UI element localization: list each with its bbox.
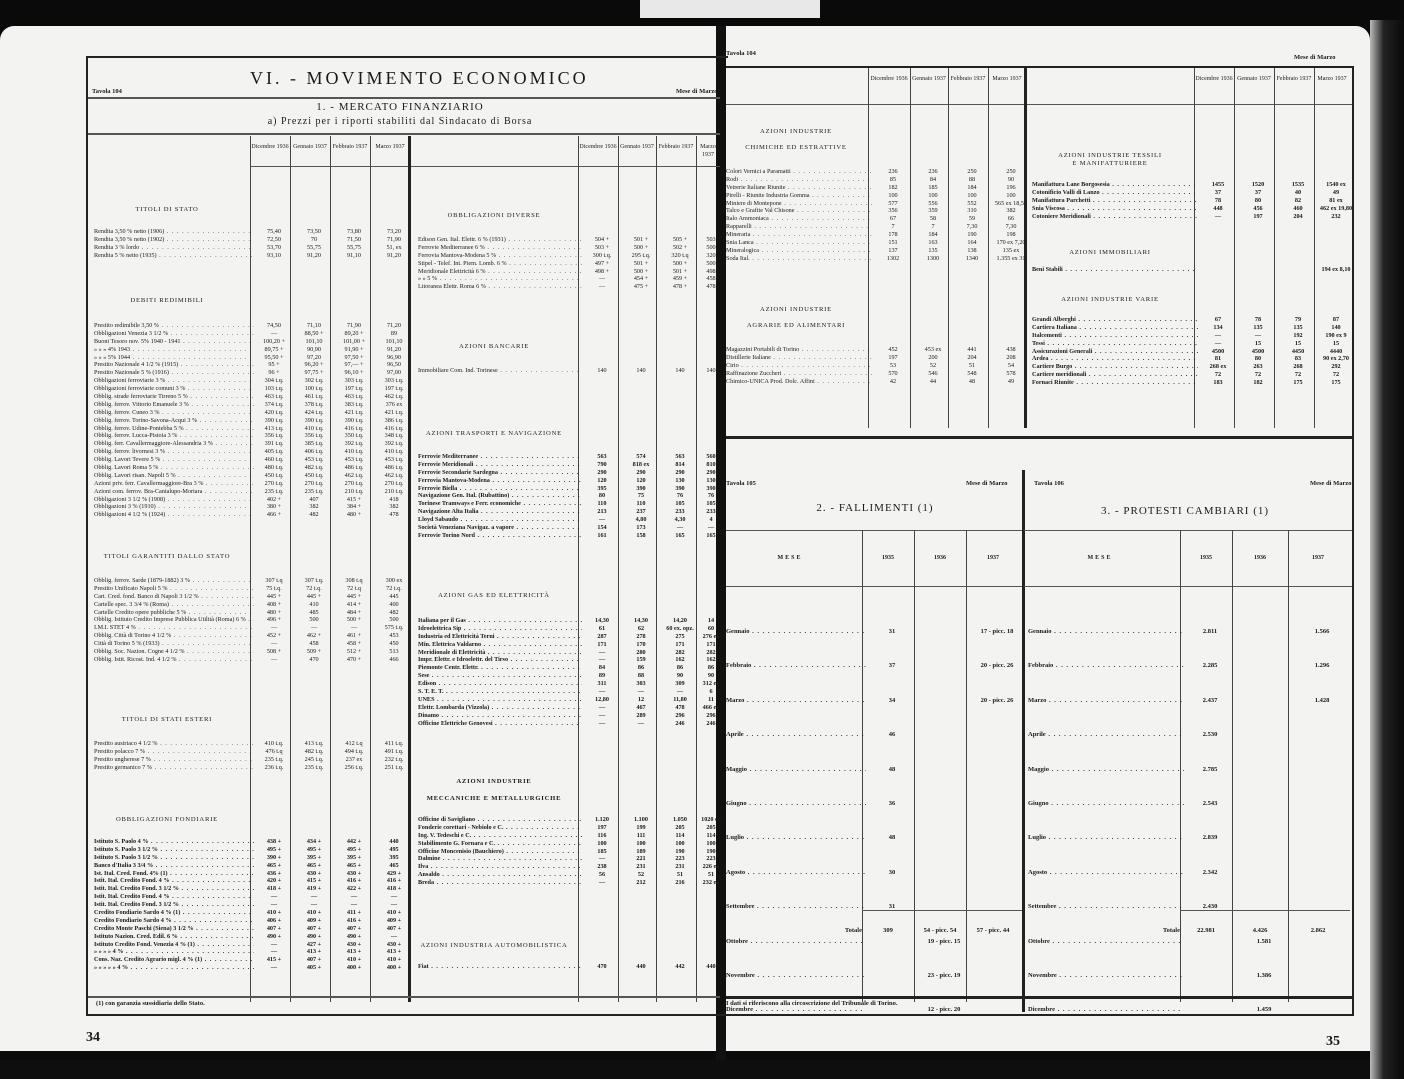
cell-value: 101,00 + xyxy=(334,338,374,346)
cell-value xyxy=(1236,615,1292,649)
row-label: Grandi Alberghi xyxy=(1032,316,1198,324)
cell-value: 46 xyxy=(866,718,918,752)
table-row: Obblig. ferrov. livornesi 3 %405 t.q.406… xyxy=(94,448,414,456)
table-row: Raffinazione Zuccheri570546548578 xyxy=(726,370,1030,378)
cell-value: 71,90 xyxy=(334,322,374,330)
cell-value: 97,20 xyxy=(294,354,334,362)
cell-value: 114 xyxy=(660,832,700,840)
cell-value: 73,50 xyxy=(294,228,334,236)
cell-value: 137 xyxy=(872,247,914,255)
table-row: Giugno36 xyxy=(726,787,1024,821)
cell-value: 4440 xyxy=(1318,348,1354,356)
cell-value: 61 xyxy=(582,625,622,633)
row-label: Officine di Savigliano xyxy=(418,816,582,824)
cell-value: 268 xyxy=(1278,363,1318,371)
row-label: Giugno xyxy=(726,787,866,821)
cell-value: 86 xyxy=(700,664,722,672)
cell-value: 415 + xyxy=(294,877,334,885)
cell-value: 158 xyxy=(622,532,660,540)
table-row: Obblig. ferrov. Torino-Savona-Acqui 3 %3… xyxy=(94,417,414,425)
cell-value: 101,10 xyxy=(294,338,334,346)
cell-value: 15 xyxy=(1318,340,1354,348)
cell-value: 390 xyxy=(660,485,700,493)
cell-value: 453 xyxy=(374,632,414,640)
cell-value: — xyxy=(582,516,622,524)
cell-value: 470 xyxy=(582,963,622,971)
page-top-background xyxy=(640,0,820,18)
cell-value: 189 xyxy=(622,848,660,856)
table-row: Giugno2.543 xyxy=(1028,787,1352,821)
cell-value: 303 t.q. xyxy=(374,377,414,385)
cell-value xyxy=(970,753,1024,787)
cell-value: 2.437 xyxy=(1184,684,1236,718)
cell-value: 165 xyxy=(700,532,722,540)
table-row: Prestito austriaco 4 1/2 %410 t.q.413 t.… xyxy=(94,740,414,748)
category-obbligazioni-fondiarie: OBBLIGAZIONI FONDIARIE xyxy=(92,816,242,823)
cell-value: 570 xyxy=(872,370,914,378)
cell-value: 96 + xyxy=(254,369,294,377)
row-label: Maggio xyxy=(726,753,866,787)
cell-value: 410 xyxy=(294,601,334,609)
row-label: Azioni com. ferrov. Bra-Cantalupo-Mortar… xyxy=(94,488,254,496)
table-row: Ist. Ital. Cred. Fond. 4% (1)436 +430 +4… xyxy=(94,870,414,878)
table-row: Italo Ammoniaca67585966 xyxy=(726,215,1030,223)
cell-value: 223 xyxy=(700,855,722,863)
table-row: Rendita 3,50 % netto (1906)75,4073,5073,… xyxy=(94,228,414,236)
cell-value: — xyxy=(582,855,622,863)
cell-value: — xyxy=(374,901,414,909)
row-label: Istituto S. Paolo 3 1/2 % xyxy=(94,846,254,854)
table-row: Istit. Ital. Credito Fond. 3 1/2 %418 +4… xyxy=(94,885,414,893)
cell-value: 6 xyxy=(700,688,722,696)
cell-value xyxy=(970,787,1024,821)
table-row: Torinese Tramways e Ferr. economiche1101… xyxy=(418,500,722,508)
table-row: Novembre1.386 xyxy=(1028,959,1352,993)
cell-value: 320 xyxy=(700,252,722,260)
cell-value xyxy=(866,959,918,993)
cell-value: 135 xyxy=(1238,324,1278,332)
cell-value: 237 ex xyxy=(334,756,374,764)
cell-value: 395 xyxy=(582,485,622,493)
cell-value: 292 xyxy=(1318,363,1354,371)
table-row: Chimico-UNICA Prod. Dolc. Affini42444849 xyxy=(726,378,1030,386)
cell-value: 400 + xyxy=(334,964,374,972)
col-header-marzo: Marzo 1937 xyxy=(988,76,1026,84)
row-label: Miniere di Montepone xyxy=(726,200,872,208)
cell-value: 415 + xyxy=(334,496,374,504)
cell-value: 197 t.q. xyxy=(334,385,374,393)
cell-value: 407 xyxy=(294,496,334,504)
cell-value: 97,00 xyxy=(374,369,414,377)
category-immobiliari: AZIONI IMMOBILIARI xyxy=(1030,249,1190,256)
cell-value: 116 xyxy=(582,832,622,840)
cell-value xyxy=(970,821,1024,855)
cell-value: 382 xyxy=(374,503,414,511)
cell-value: 54 xyxy=(992,362,1030,370)
mese-label: Mese di Marzo xyxy=(1310,480,1352,487)
cell-value: 170 ex 7,20 xyxy=(992,239,1030,247)
cell-value: 111 xyxy=(622,832,660,840)
col-header-gennaio: Gennaio 1937 xyxy=(618,144,656,152)
cell-value: 87 xyxy=(1318,316,1354,324)
row-label: Obblig. Città di Torino 4 1/2 % xyxy=(94,632,254,640)
cell-value: 441 xyxy=(952,346,992,354)
cell-value: 204 xyxy=(1278,213,1318,221)
cell-value: — xyxy=(254,624,294,632)
cell-value: 418 + xyxy=(374,885,414,893)
cell-value: 170 xyxy=(622,641,660,649)
cell-value: 386 t.q. xyxy=(374,417,414,425)
cell-value xyxy=(1292,959,1352,993)
cell-value: 500 + xyxy=(660,260,700,268)
cell-value: — xyxy=(1198,332,1238,340)
cell-value: 4.426 xyxy=(1232,914,1288,948)
cell-value: 395 + xyxy=(294,854,334,862)
cell-value: 250 xyxy=(992,168,1030,176)
cell-value: 395 + xyxy=(334,854,374,862)
row-label: Maggio xyxy=(1028,753,1184,787)
cell-value xyxy=(970,718,1024,752)
cell-value: 270 t.q. xyxy=(254,480,294,488)
cell-value: 1.120 xyxy=(582,816,622,824)
row-label: Cartiera Italiana xyxy=(1032,324,1198,332)
row-label: Cart. Cred. fond. Banco di Napoli 3 1/2 … xyxy=(94,593,254,601)
table-row: Snia Viscosa448456460462 ex 19,80 xyxy=(1032,205,1354,213)
col-header-febbraio: Febbraio 1937 xyxy=(330,144,370,152)
divider xyxy=(726,530,1022,531)
cell-value: 429 + xyxy=(374,870,414,878)
cell-value: 1.100 xyxy=(622,816,660,824)
row-label: Febbraio xyxy=(1028,649,1184,683)
cell-value: 237 xyxy=(622,508,660,516)
cell-value: 97,— + xyxy=(334,361,374,369)
row-label: Min. Elettrica Valdarno xyxy=(418,641,582,649)
cell-value: 391 t.q. xyxy=(254,440,294,448)
cell-value: 282 xyxy=(660,649,700,657)
row-label: Cirio xyxy=(726,362,872,370)
cell-value: — xyxy=(660,524,700,532)
cell-value: 40 xyxy=(1278,189,1318,197)
row-label: Snia Viscosa xyxy=(1032,205,1198,213)
table-row: Cotonificio Valli di Lanzo37374049 xyxy=(1032,189,1354,197)
cell-value: 197 xyxy=(872,354,914,362)
row-label: Manifattura Parchetti xyxy=(1032,197,1198,205)
table-row: Obbligazioni 3 % (1910)380 +382384 +382 xyxy=(94,503,414,511)
cell-value: 320 t.q xyxy=(660,252,700,260)
cell-value: 500 + xyxy=(334,616,374,624)
row-label: Tessi xyxy=(1032,340,1198,348)
table-row: Fonderie corettari - Nebiolo e C.1971992… xyxy=(418,824,722,832)
row-label: » » » » » 4 % xyxy=(94,964,254,972)
row-label: Immobiliare Com. Ind. Torinese xyxy=(418,367,582,375)
row-label: Ist. Ital. Cred. Fond. 4% (1) xyxy=(94,870,254,878)
cell-value: 236 xyxy=(914,168,952,176)
cell-value: 412 t.q xyxy=(334,740,374,748)
col-header-1937: 1937 xyxy=(966,555,1020,563)
row-label: Obblig. ferrov. Cuneo 3 % xyxy=(94,409,254,417)
mese-label: Mese di Marzo xyxy=(1294,54,1336,61)
cell-value: 494 t.q. xyxy=(334,748,374,756)
row-label: Prestito austriaco 4 1/2 % xyxy=(94,740,254,748)
row-label: Azioni priv. ferr. Cavallermaggiore-Bra … xyxy=(94,480,254,488)
col-header-1935: 1935 xyxy=(1180,555,1232,563)
cell-value: — xyxy=(660,688,700,696)
cell-value: 23 - picc. 19 xyxy=(918,959,970,993)
cell-value: 500 + xyxy=(622,268,660,276)
table-row: Istituto Nazion. Cred. Edil. 6 %490 +490… xyxy=(94,933,414,941)
table-row: Immobiliare Com. Ind. Torinese1401401401… xyxy=(418,367,722,375)
table-row: Breda—212216232 ex xyxy=(418,879,722,887)
cell-value: 406 t.q. xyxy=(294,448,334,456)
category-azioni-trasporti: AZIONI TRASPORTI E NAVIGAZIONE xyxy=(414,430,574,437)
cell-value: 424 t.q. xyxy=(294,409,334,417)
table-row: Gennaio2.8111.566 xyxy=(1028,615,1352,649)
cell-value: 563 xyxy=(582,453,622,461)
col-header-febbraio: Febbraio 1937 xyxy=(1274,76,1314,84)
cell-value: 7,30 xyxy=(952,223,992,231)
page-number-right: 35 xyxy=(1326,1034,1340,1050)
category-tessili: AZIONI INDUSTRIE TESSILI xyxy=(1030,152,1190,159)
row-label: Gennaio xyxy=(1028,615,1184,649)
table-row: Obbligazioni 3 1/2 % (1908)402 +407415 +… xyxy=(94,496,414,504)
row-label: Obblig. ferrov. livornesi 3 % xyxy=(94,448,254,456)
cell-value: 2.811 xyxy=(1184,615,1236,649)
cell-value: 478 xyxy=(660,704,700,712)
row-label: » » » 5% 1944 xyxy=(94,354,254,362)
cell-value: 418 + xyxy=(254,885,294,893)
cell-value: 390 xyxy=(622,485,660,493)
cell-value: 392 t.q. xyxy=(374,440,414,448)
row-label: Istituto S. Paolo 4 % xyxy=(94,838,254,846)
cell-value: 500 + xyxy=(622,244,660,252)
mese-label: Mese di Marzo xyxy=(966,480,1008,487)
cell-value: 190 ex 9 xyxy=(1318,332,1354,340)
cell-value: 100 xyxy=(914,192,952,200)
cell-value: 130 xyxy=(700,477,722,485)
table-row: » » » 4% 194389,75 +90,9091,90 +91,20 xyxy=(94,346,414,354)
table-row: Credito Fondiario Sardo 4 % (1)410 +410 … xyxy=(94,909,414,917)
cell-value: — xyxy=(374,933,414,941)
cell-value: 440 xyxy=(622,963,660,971)
row-label: Obblig. strade ferroviarie Tirreno 5 % xyxy=(94,393,254,401)
row-label: Banco d'Italia 3 3/4 % xyxy=(94,862,254,870)
row-label: Cotonificio Valli di Lanzo xyxy=(1032,189,1198,197)
row-label: Obblig. Soc. Nazion. Cogne 4 1/2 % xyxy=(94,648,254,656)
cell-value: 14,20 xyxy=(660,617,700,625)
cell-value: 62 xyxy=(622,625,660,633)
row-label: Vetrerie Italiane Riunite xyxy=(726,184,872,192)
table-row: Officine Moncenisio (Bauchiero)185189190… xyxy=(418,848,722,856)
row-label: Obbligazioni 3 % (1910) xyxy=(94,503,254,511)
col-header-marzo: Marzo 1937 xyxy=(370,144,410,152)
cell-value: — xyxy=(582,712,622,720)
cell-value: 1020 ex xyxy=(700,816,722,824)
cell-value: 70 xyxy=(294,236,334,244)
cell-value: 37 xyxy=(866,649,918,683)
cell-value: 434 + xyxy=(294,838,334,846)
cell-value: 467 xyxy=(622,704,660,712)
row-label: Manifattura Lane Borgosesia xyxy=(1032,181,1198,189)
cell-value xyxy=(1292,821,1352,855)
cell-value: 100 xyxy=(952,192,992,200)
cell-value: 2.862 xyxy=(1288,914,1348,948)
cell-value: 110 xyxy=(622,500,660,508)
row-label: Obblig. ferrov. Vittorio Emanuele 3 % xyxy=(94,401,254,409)
cell-value: 420 + xyxy=(254,877,294,885)
cell-value: 482 xyxy=(374,609,414,617)
cell-value: 289 xyxy=(622,712,660,720)
row-label: Obblig. ferrov. Sarde (1879-1882) 3 % xyxy=(94,577,254,585)
row-label: Prestito Nazionale 4 1/2 % (1915) xyxy=(94,361,254,369)
cell-value: 221 xyxy=(622,855,660,863)
row-label: Totale xyxy=(1028,914,1180,948)
category-varie: AZIONI INDUSTRIE VARIE xyxy=(1030,296,1190,303)
cell-value: 49 xyxy=(1318,189,1354,197)
cell-value: 12 xyxy=(622,696,660,704)
cell-value: 162 xyxy=(660,656,700,664)
cell-value: 208 xyxy=(992,354,1030,362)
cell-value: — xyxy=(294,624,334,632)
cell-value: 416 + xyxy=(334,877,374,885)
cell-value: 453 ex xyxy=(914,346,952,354)
table-row: Ferrovie Meridionali790818 ex814810 xyxy=(418,461,722,469)
cell-value: 430 + xyxy=(374,941,414,949)
cell-value: 210 t.q. xyxy=(334,488,374,496)
cell-value: 52 xyxy=(914,362,952,370)
tavola-label: Tavola 104 xyxy=(726,50,756,57)
cell-value: 382 xyxy=(992,207,1030,215)
cell-value: 105 xyxy=(660,500,700,508)
cell-value: 4500 xyxy=(1198,348,1238,356)
cell-value: 238 xyxy=(582,863,622,871)
cell-value: 513 xyxy=(374,648,414,656)
cell-value: 501 + xyxy=(660,268,700,276)
cell-value: 185 xyxy=(914,184,952,192)
cell-value xyxy=(1238,266,1278,274)
bottom-shadow xyxy=(0,1060,1404,1079)
divider xyxy=(250,166,720,167)
cell-value: 413 t.q. xyxy=(254,425,294,433)
cell-value xyxy=(918,615,970,649)
table-row: Obblig. ferrov. Lucca-Pistoia 3 %356 t.q… xyxy=(94,432,414,440)
col-header-1937: 1937 xyxy=(1288,555,1348,563)
cell-value: 290 xyxy=(700,469,722,477)
cell-value: 421 t.q. xyxy=(334,409,374,417)
table-row: Obblig. ferrov. Cuneo 3 %420 t.q.424 t.q… xyxy=(94,409,414,417)
row-label: Lloyd Sabaudo xyxy=(418,516,582,524)
cell-value: 57 - picc. 44 xyxy=(966,914,1020,948)
cell-value: 400 + xyxy=(374,964,414,972)
table-row: Novembre23 - picc. 19 xyxy=(726,959,1024,993)
cell-value: — xyxy=(622,688,660,696)
row-label: Rendita 5 % netto (1935) xyxy=(94,252,254,260)
cell-value: 490 + xyxy=(334,933,374,941)
cell-value: 390 + xyxy=(254,854,294,862)
cell-value: 60 xyxy=(700,625,722,633)
table-row: Obblig. Lavori Roma 5 %480 t.q.482 t.q.4… xyxy=(94,464,414,472)
cell-value: 1520 xyxy=(1238,181,1278,189)
table-row: Assicurazioni Generali4500450044504440 xyxy=(1032,348,1354,356)
table-immobiliari: Beni Stabili194 ex 8,10 xyxy=(1032,266,1354,274)
table-protesti: Gennaio2.8111.566Febbraio2.2851.296Marzo… xyxy=(1028,615,1352,1028)
cell-value: 490 + xyxy=(254,933,294,941)
cell-value: 100 xyxy=(622,840,660,848)
cell-value: 232 xyxy=(1318,213,1354,221)
col-header-mese: MESE xyxy=(1070,555,1130,563)
table-row: Azioni priv. ferr. Cavallermaggiore-Bra … xyxy=(94,480,414,488)
cell-value: 20 - picc. 26 xyxy=(970,684,1024,718)
cell-value: 100 xyxy=(660,840,700,848)
cell-value: 7,30 xyxy=(992,223,1030,231)
cell-value: 359 xyxy=(914,207,952,215)
row-label: Beni Stabili xyxy=(1032,266,1198,274)
cell-value: 458 xyxy=(294,640,334,648)
cell-value: 470 + xyxy=(334,656,374,664)
cell-value: 235 t.q. xyxy=(294,764,334,772)
row-label: » » 5 % xyxy=(418,275,582,283)
cell-value: 76 xyxy=(660,492,700,500)
row-label: Obbligazioni 3 1/2 % (1908) xyxy=(94,496,254,504)
cell-value: 52 xyxy=(622,871,660,879)
cell-value: 270 t.q. xyxy=(374,480,414,488)
table-varie: Grandi Alberghi67787987Cartiera Italiana… xyxy=(1032,316,1354,387)
cell-value: 171 xyxy=(700,641,722,649)
cell-value: 416 t.q. xyxy=(334,425,374,433)
cell-value: 171 xyxy=(660,641,700,649)
cell-value: 216 xyxy=(660,879,700,887)
cell-value: 71,50 xyxy=(334,236,374,244)
row-label: Raffinazione Zuccheri xyxy=(726,370,872,378)
table-row: Obbligazioni Venezia 3 1/2 %—88,50 +89,2… xyxy=(94,330,414,338)
cell-value: 453 t.q. xyxy=(374,456,414,464)
cell-value: 37 xyxy=(1198,189,1238,197)
divider xyxy=(726,586,1022,587)
cell-value: 154 xyxy=(582,524,622,532)
cell-value: 2.543 xyxy=(1184,787,1236,821)
row-label: Pirelli - Riunite Industria Gomma xyxy=(726,192,872,200)
cell-value: 197 xyxy=(1238,213,1278,221)
category-azioni-industrie: AZIONI INDUSTRIE xyxy=(726,128,866,135)
table-row: Mineralogica137135138135 ex xyxy=(726,247,1030,255)
row-label: Istit. Ital. Credito Fond. 4 % xyxy=(94,893,254,901)
category-titoli-garantiti: TITOLI GARANTITI DALLO STATO xyxy=(92,553,242,560)
cell-value: 418 xyxy=(374,496,414,504)
cell-value: 462 t.q. xyxy=(374,472,414,480)
cell-value: 73,80 xyxy=(334,228,374,236)
table-row: Città di Torino 5 % (1933)—458458 +450 xyxy=(94,640,414,648)
cell-value: 309 xyxy=(660,680,700,688)
divider xyxy=(1180,910,1350,911)
tavola-label: Tavola 105 xyxy=(726,480,756,487)
row-label: Istit. Ital. Credito Fond. 3 1/2 % xyxy=(94,901,254,909)
cell-value: 480 + xyxy=(334,511,374,519)
cell-value: 419 + xyxy=(294,885,334,893)
row-label: Industria ed Elettricità Terni xyxy=(418,633,582,641)
cell-value: 72 xyxy=(1318,371,1354,379)
category-azioni-gas: AZIONI GAS ED ELETTRICITÀ xyxy=(414,592,574,599)
cell-value: 465 xyxy=(374,862,414,870)
cell-value xyxy=(1292,753,1352,787)
cell-value: 74,50 xyxy=(254,322,294,330)
section-title: 1. - MERCATO FINANZIARIO xyxy=(200,101,600,113)
cell-value: 280 xyxy=(622,649,660,657)
cell-value: 66 xyxy=(992,215,1030,223)
table-row: Grandi Alberghi67787987 xyxy=(1032,316,1354,324)
table-row: Prestito Nazionale 5 % (1916)96 +97,75 +… xyxy=(94,369,414,377)
col-header-dicembre: Dicembre 1936 xyxy=(868,76,910,84)
cell-value xyxy=(1236,787,1292,821)
row-label: Febbraio xyxy=(726,649,866,683)
